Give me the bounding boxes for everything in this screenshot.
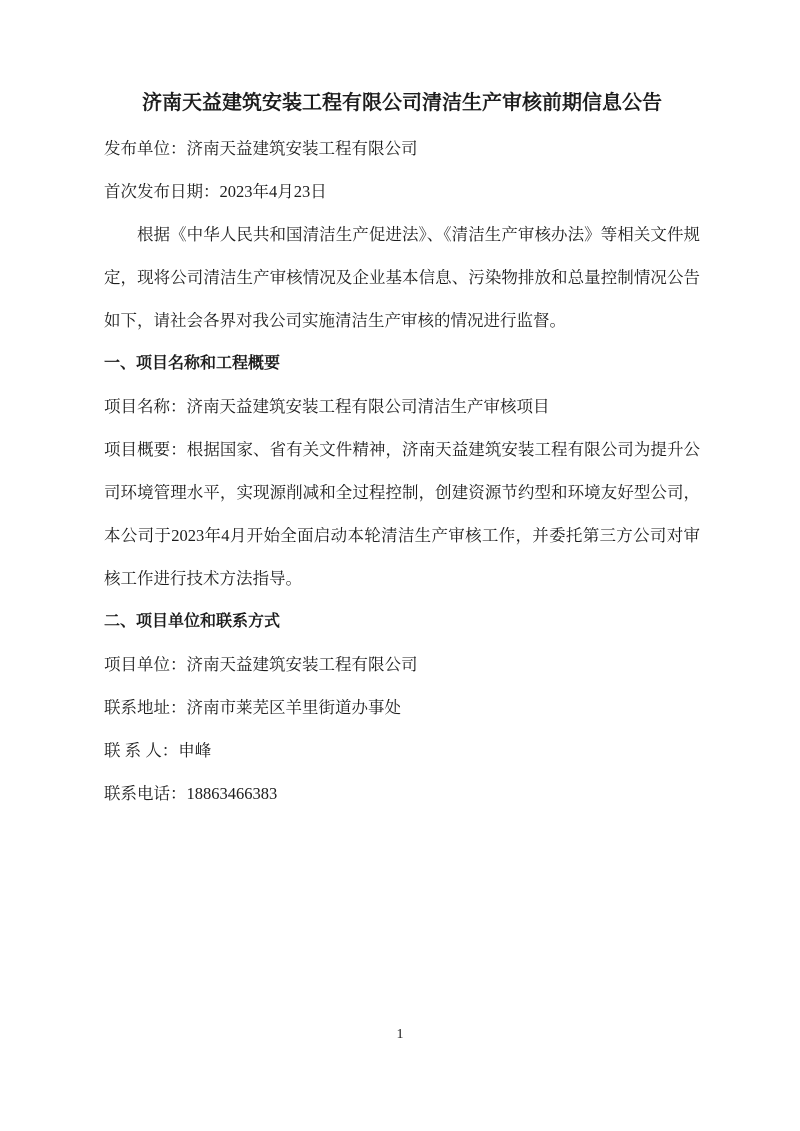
page-number: 1	[0, 1027, 800, 1043]
section2-heading: 二、项目单位和联系方式	[104, 600, 700, 643]
contact-address-line: 联系地址：济南市莱芜区羊里街道办事处	[104, 686, 700, 729]
contact-person-line: 联 系 人：申峰	[104, 729, 700, 772]
project-summary-paragraph: 项目概要：根据国家、省有关文件精神，济南天益建筑安装工程有限公司为提升公司环境管…	[104, 428, 700, 600]
document-page: 济南天益建筑安装工程有限公司清洁生产审核前期信息公告 发布单位：济南天益建筑安装…	[0, 0, 800, 1131]
project-name-line: 项目名称：济南天益建筑安装工程有限公司清洁生产审核项目	[104, 385, 700, 428]
publisher-line: 发布单位：济南天益建筑安装工程有限公司	[104, 127, 700, 170]
section1-heading: 一、项目名称和工程概要	[104, 342, 700, 385]
project-unit-line: 项目单位：济南天益建筑安装工程有限公司	[104, 643, 700, 686]
contact-phone-line: 联系电话：18863466383	[104, 772, 700, 815]
document-title: 济南天益建筑安装工程有限公司清洁生产审核前期信息公告	[104, 88, 700, 118]
intro-paragraph: 根据《中华人民共和国清洁生产促进法》、《清洁生产审核办法》等相关文件规定，现将公…	[104, 213, 700, 342]
first-publish-date-line: 首次发布日期：2023年4月23日	[104, 170, 700, 213]
